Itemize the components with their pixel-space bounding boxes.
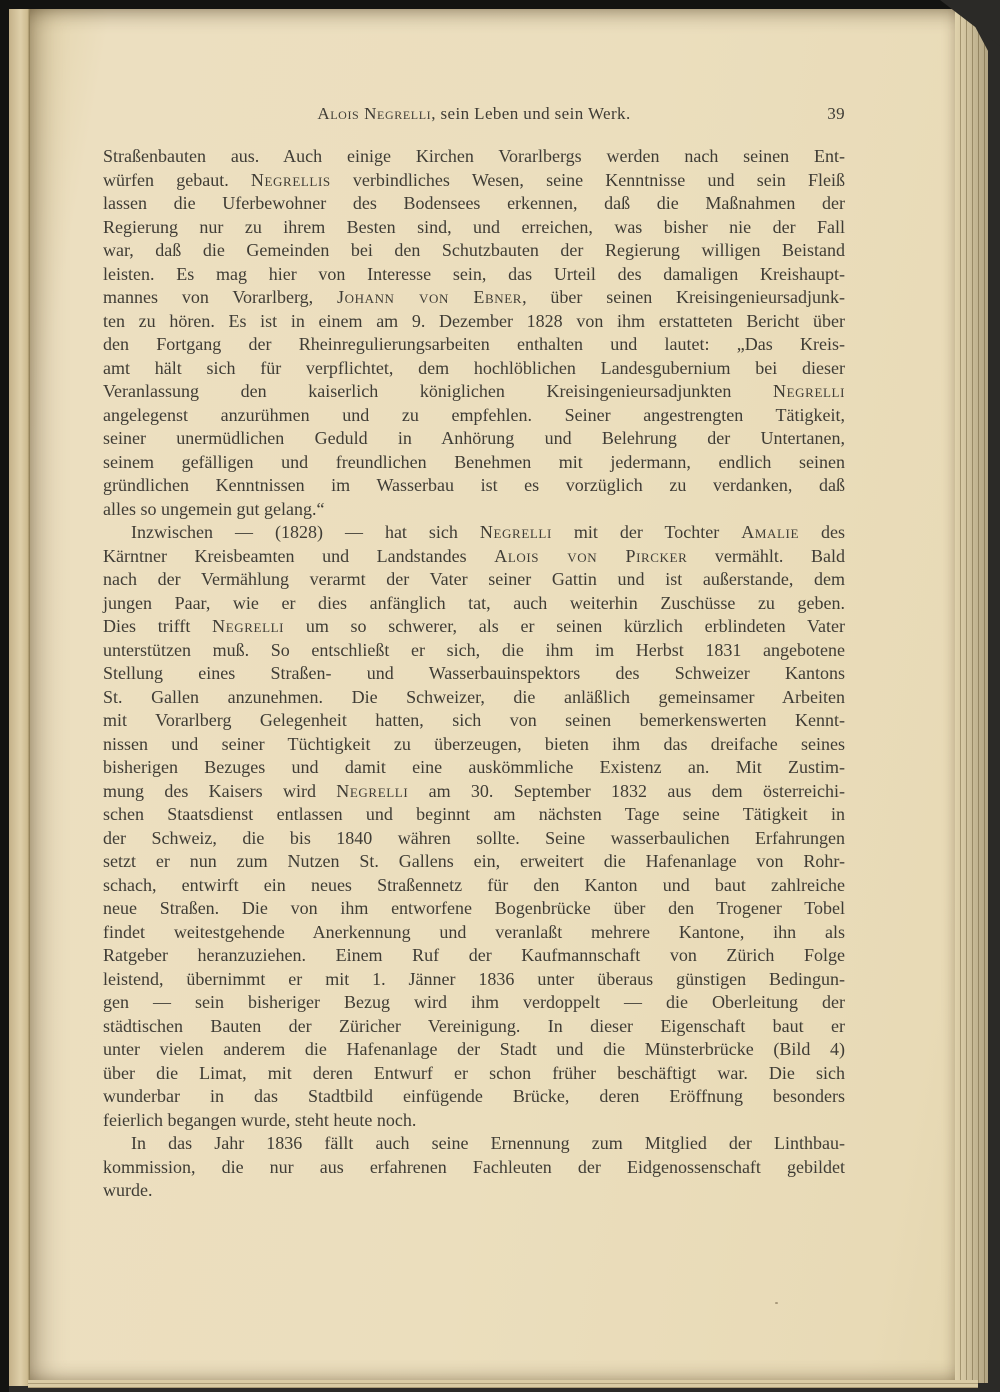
text-segment: jungen Paar, wie er dies anfänglich tat,… xyxy=(103,593,845,613)
text-segment: würfen gebaut. xyxy=(103,170,251,190)
text-line: schen Staatsdienst entlassen und beginnt… xyxy=(103,803,845,827)
text-line: mung des Kaisers wird Negrelli am 30. Se… xyxy=(103,780,845,804)
small-caps-name: Negrelli xyxy=(773,381,845,401)
text-line: unterstützen muß. So entschließt er sich… xyxy=(103,639,845,663)
text-line: war, daß die Gemeinden bei den Schutzbau… xyxy=(103,239,845,263)
text-line: wurde. xyxy=(103,1179,845,1203)
book-page: Alois Negrelli, sein Leben und sein Werk… xyxy=(30,9,955,1380)
text-line: gen — sein bisheriger Bezug wird ihm ver… xyxy=(103,991,845,1015)
text-line: St. Gallen anzunehmen. Die Schweizer, di… xyxy=(103,686,845,710)
page-edges-bottom xyxy=(28,1380,978,1388)
photo-background-top xyxy=(0,0,1000,9)
text-line: wunderbar in das Stadtbild einfügende Br… xyxy=(103,1085,845,1109)
book-spine-edge xyxy=(0,0,9,1392)
text-segment: gründlichen Kenntnissen im Wasserbau ist… xyxy=(103,475,845,495)
small-caps-name: Negrelli xyxy=(480,522,552,542)
text-segment: alles so ungemein gut gelang.“ xyxy=(103,499,324,519)
small-caps-name: Alois von Pircker xyxy=(494,546,687,566)
text-segment: Dies trifft xyxy=(103,616,212,636)
text-line: Dies trifft Negrelli um so schwerer, als… xyxy=(103,615,845,639)
text-segment: Veranlassung den kaiserlich königlichen … xyxy=(103,381,773,401)
text-line: über die Limat, mit deren Entwurf er sch… xyxy=(103,1062,845,1086)
scanned-book-photo: Alois Negrelli, sein Leben und sein Werk… xyxy=(0,0,1000,1392)
text-segment: den Fortgang der Rheinregulierungsarbeit… xyxy=(103,334,845,354)
text-segment: mung des Kaisers wird xyxy=(103,781,336,801)
text-line: bisherigen Bezuges und damit eine ausköm… xyxy=(103,756,845,780)
text-segment: mannes von Vorarlberg, xyxy=(103,287,337,307)
text-line: amt hält sich für verpflichtet, dem hoch… xyxy=(103,357,845,381)
text-segment: seinem gefälligen und freundlichen Beneh… xyxy=(103,452,845,472)
text-segment: war, daß die Gemeinden bei den Schutzbau… xyxy=(103,240,845,260)
text-segment: nissen und seiner Tüchtigkeit zu überzeu… xyxy=(103,734,845,754)
text-segment: schen Staatsdienst entlassen und beginnt… xyxy=(103,804,845,824)
text-segment: unterstützen muß. So entschließt er sich… xyxy=(103,640,845,660)
text-line: städtischen Bauten der Züricher Vereinig… xyxy=(103,1015,845,1039)
text-line: leistend, übernimmt er mit 1. Jänner 183… xyxy=(103,968,845,992)
text-line: den Fortgang der Rheinregulierungsarbeit… xyxy=(103,333,845,357)
text-segment: leisten. Es mag hier von Interesse sein,… xyxy=(103,264,845,284)
text-line: Veranlassung den kaiserlich königlichen … xyxy=(103,380,845,404)
text-segment: St. Gallen anzunehmen. Die Schweizer, di… xyxy=(103,687,845,707)
running-header: Alois Negrelli, sein Leben und sein Werk… xyxy=(103,104,845,128)
small-caps-name: Johann von Ebner xyxy=(337,287,522,307)
text-segment: Regierung nur zu ihrem Besten sind, und … xyxy=(103,217,845,237)
text-segment: bisherigen Bezuges und damit eine ausköm… xyxy=(103,757,845,777)
text-segment: findet weitestgehende Anerkennung und ve… xyxy=(103,922,845,942)
text-segment: mit Vorarlberg Gelegenheit hatten, sich … xyxy=(103,710,845,730)
text-segment: Inzwischen — (1828) — hat sich xyxy=(131,522,480,542)
text-line: alles so ungemein gut gelang.“ xyxy=(103,498,845,522)
text-segment: leistend, übernimmt er mit 1. Jänner 183… xyxy=(103,969,845,989)
text-segment: angelegenst anzurühmen und zu empfehlen.… xyxy=(103,405,845,425)
text-segment: wunderbar in das Stadtbild einfügende Br… xyxy=(103,1086,845,1106)
text-line: würfen gebaut. Negrellis verbindliches W… xyxy=(103,169,845,193)
text-line: angelegenst anzurühmen und zu empfehlen.… xyxy=(103,404,845,428)
text-line: In das Jahr 1836 fällt auch seine Ernenn… xyxy=(103,1132,845,1156)
text-segment: unter vielen anderem die Hafenanlage der… xyxy=(103,1039,845,1059)
small-caps-name: Amalie xyxy=(741,522,799,542)
text-line: feierlich begangen wurde, steht heute no… xyxy=(103,1109,845,1133)
text-segment: Ratgeber heranzuziehen. Einem Ruf der Ka… xyxy=(103,945,845,965)
text-segment: nach der Vermählung verarmt der Vater se… xyxy=(103,569,845,589)
text-segment: Straßenbauten aus. Auch einige Kirchen V… xyxy=(103,146,845,166)
text-segment: schach, entwirft ein neues Straßennetz f… xyxy=(103,875,845,895)
text-segment: des xyxy=(799,522,845,542)
text-segment: kommission, die nur aus erfahrenen Fachl… xyxy=(103,1157,845,1177)
text-segment: Kärntner Kreisbeamten und Landstandes xyxy=(103,546,494,566)
text-line: mit Vorarlberg Gelegenheit hatten, sich … xyxy=(103,709,845,733)
text-segment: über die Limat, mit deren Entwurf er sch… xyxy=(103,1063,845,1083)
text-line: kommission, die nur aus erfahrenen Fachl… xyxy=(103,1156,845,1180)
page-number: 39 xyxy=(827,104,845,124)
text-segment: lassen die Uferbewohner des Bodensees er… xyxy=(103,193,845,213)
text-line: leisten. Es mag hier von Interesse sein,… xyxy=(103,263,845,287)
small-caps-name: Negrellis xyxy=(251,170,331,190)
small-caps-name: Negrelli xyxy=(336,781,408,801)
paragraph: In das Jahr 1836 fällt auch seine Ernenn… xyxy=(103,1132,845,1203)
text-line: neue Straßen. Die von ihm entworfene Bog… xyxy=(103,897,845,921)
paragraph: Inzwischen — (1828) — hat sich Negrelli … xyxy=(103,521,845,1132)
text-segment: neue Straßen. Die von ihm entworfene Bog… xyxy=(103,898,845,918)
text-segment: , über seinen Kreisingenieursadjunk- xyxy=(522,287,845,307)
text-line: lassen die Uferbewohner des Bodensees er… xyxy=(103,192,845,216)
text-line: ten zu hören. Es ist in einem am 9. Deze… xyxy=(103,310,845,334)
paper-speck xyxy=(775,1302,778,1304)
text-segment: In das Jahr 1836 fällt auch seine Ernenn… xyxy=(131,1133,845,1153)
header-title-rest: , sein Leben und sein Werk. xyxy=(431,104,630,123)
text-segment: seiner unermüdlichen Geduld in Anhörung … xyxy=(103,428,845,448)
text-segment: wurde. xyxy=(103,1180,152,1200)
text-line: seinem gefälligen und freundlichen Beneh… xyxy=(103,451,845,475)
text-segment: amt hält sich für verpflichtet, dem hoch… xyxy=(103,358,845,378)
text-line: Inzwischen — (1828) — hat sich Negrelli … xyxy=(103,521,845,545)
page-body: Straßenbauten aus. Auch einige Kirchen V… xyxy=(103,145,845,1203)
text-segment: gen — sein bisheriger Bezug wird ihm ver… xyxy=(103,992,845,1012)
text-line: Ratgeber heranzuziehen. Einem Ruf der Ka… xyxy=(103,944,845,968)
text-segment: feierlich begangen wurde, steht heute no… xyxy=(103,1110,416,1130)
text-segment: am 30. September 1832 aus dem österreich… xyxy=(408,781,845,801)
text-line: findet weitestgehende Anerkennung und ve… xyxy=(103,921,845,945)
text-segment: verbindliches Wesen, seine Kenntnisse un… xyxy=(331,170,845,190)
small-caps-name: Negrelli xyxy=(212,616,284,636)
text-line: seiner unermüdlichen Geduld in Anhörung … xyxy=(103,427,845,451)
previous-page-edge xyxy=(9,9,30,1386)
text-line: Kärntner Kreisbeamten und Landstandes Al… xyxy=(103,545,845,569)
text-segment: mit der Tochter xyxy=(552,522,741,542)
text-line: gründlichen Kenntnissen im Wasserbau ist… xyxy=(103,474,845,498)
text-segment: der Schweiz, die bis 1840 währen sollte.… xyxy=(103,828,845,848)
text-line: schach, entwirft ein neues Straßennetz f… xyxy=(103,874,845,898)
text-segment: städtischen Bauten der Züricher Vereinig… xyxy=(103,1016,845,1036)
paragraph: Straßenbauten aus. Auch einige Kirchen V… xyxy=(103,145,845,521)
text-segment: Stellung eines Straßen- und Wasserbauins… xyxy=(103,663,845,683)
text-line: setzt er nun zum Nutzen St. Gallens ein,… xyxy=(103,850,845,874)
header-title: Alois Negrelli, sein Leben und sein Werk… xyxy=(103,104,845,124)
text-line: jungen Paar, wie er dies anfänglich tat,… xyxy=(103,592,845,616)
text-segment: um so schwerer, als er seinen kürzlich e… xyxy=(284,616,845,636)
text-line: nissen und seiner Tüchtigkeit zu überzeu… xyxy=(103,733,845,757)
text-line: nach der Vermählung verarmt der Vater se… xyxy=(103,568,845,592)
text-line: Regierung nur zu ihrem Besten sind, und … xyxy=(103,216,845,240)
text-line: Straßenbauten aus. Auch einige Kirchen V… xyxy=(103,145,845,169)
text-line: unter vielen anderem die Hafenanlage der… xyxy=(103,1038,845,1062)
header-title-name: Alois Negrelli xyxy=(317,104,431,123)
text-line: mannes von Vorarlberg, Johann von Ebner,… xyxy=(103,286,845,310)
text-segment: setzt er nun zum Nutzen St. Gallens ein,… xyxy=(103,851,845,871)
text-line: Stellung eines Straßen- und Wasserbauins… xyxy=(103,662,845,686)
text-segment: ten zu hören. Es ist in einem am 9. Deze… xyxy=(103,311,845,331)
text-segment: vermählt. Bald xyxy=(687,546,845,566)
page-edges-right xyxy=(955,9,988,1383)
text-line: der Schweiz, die bis 1840 währen sollte.… xyxy=(103,827,845,851)
